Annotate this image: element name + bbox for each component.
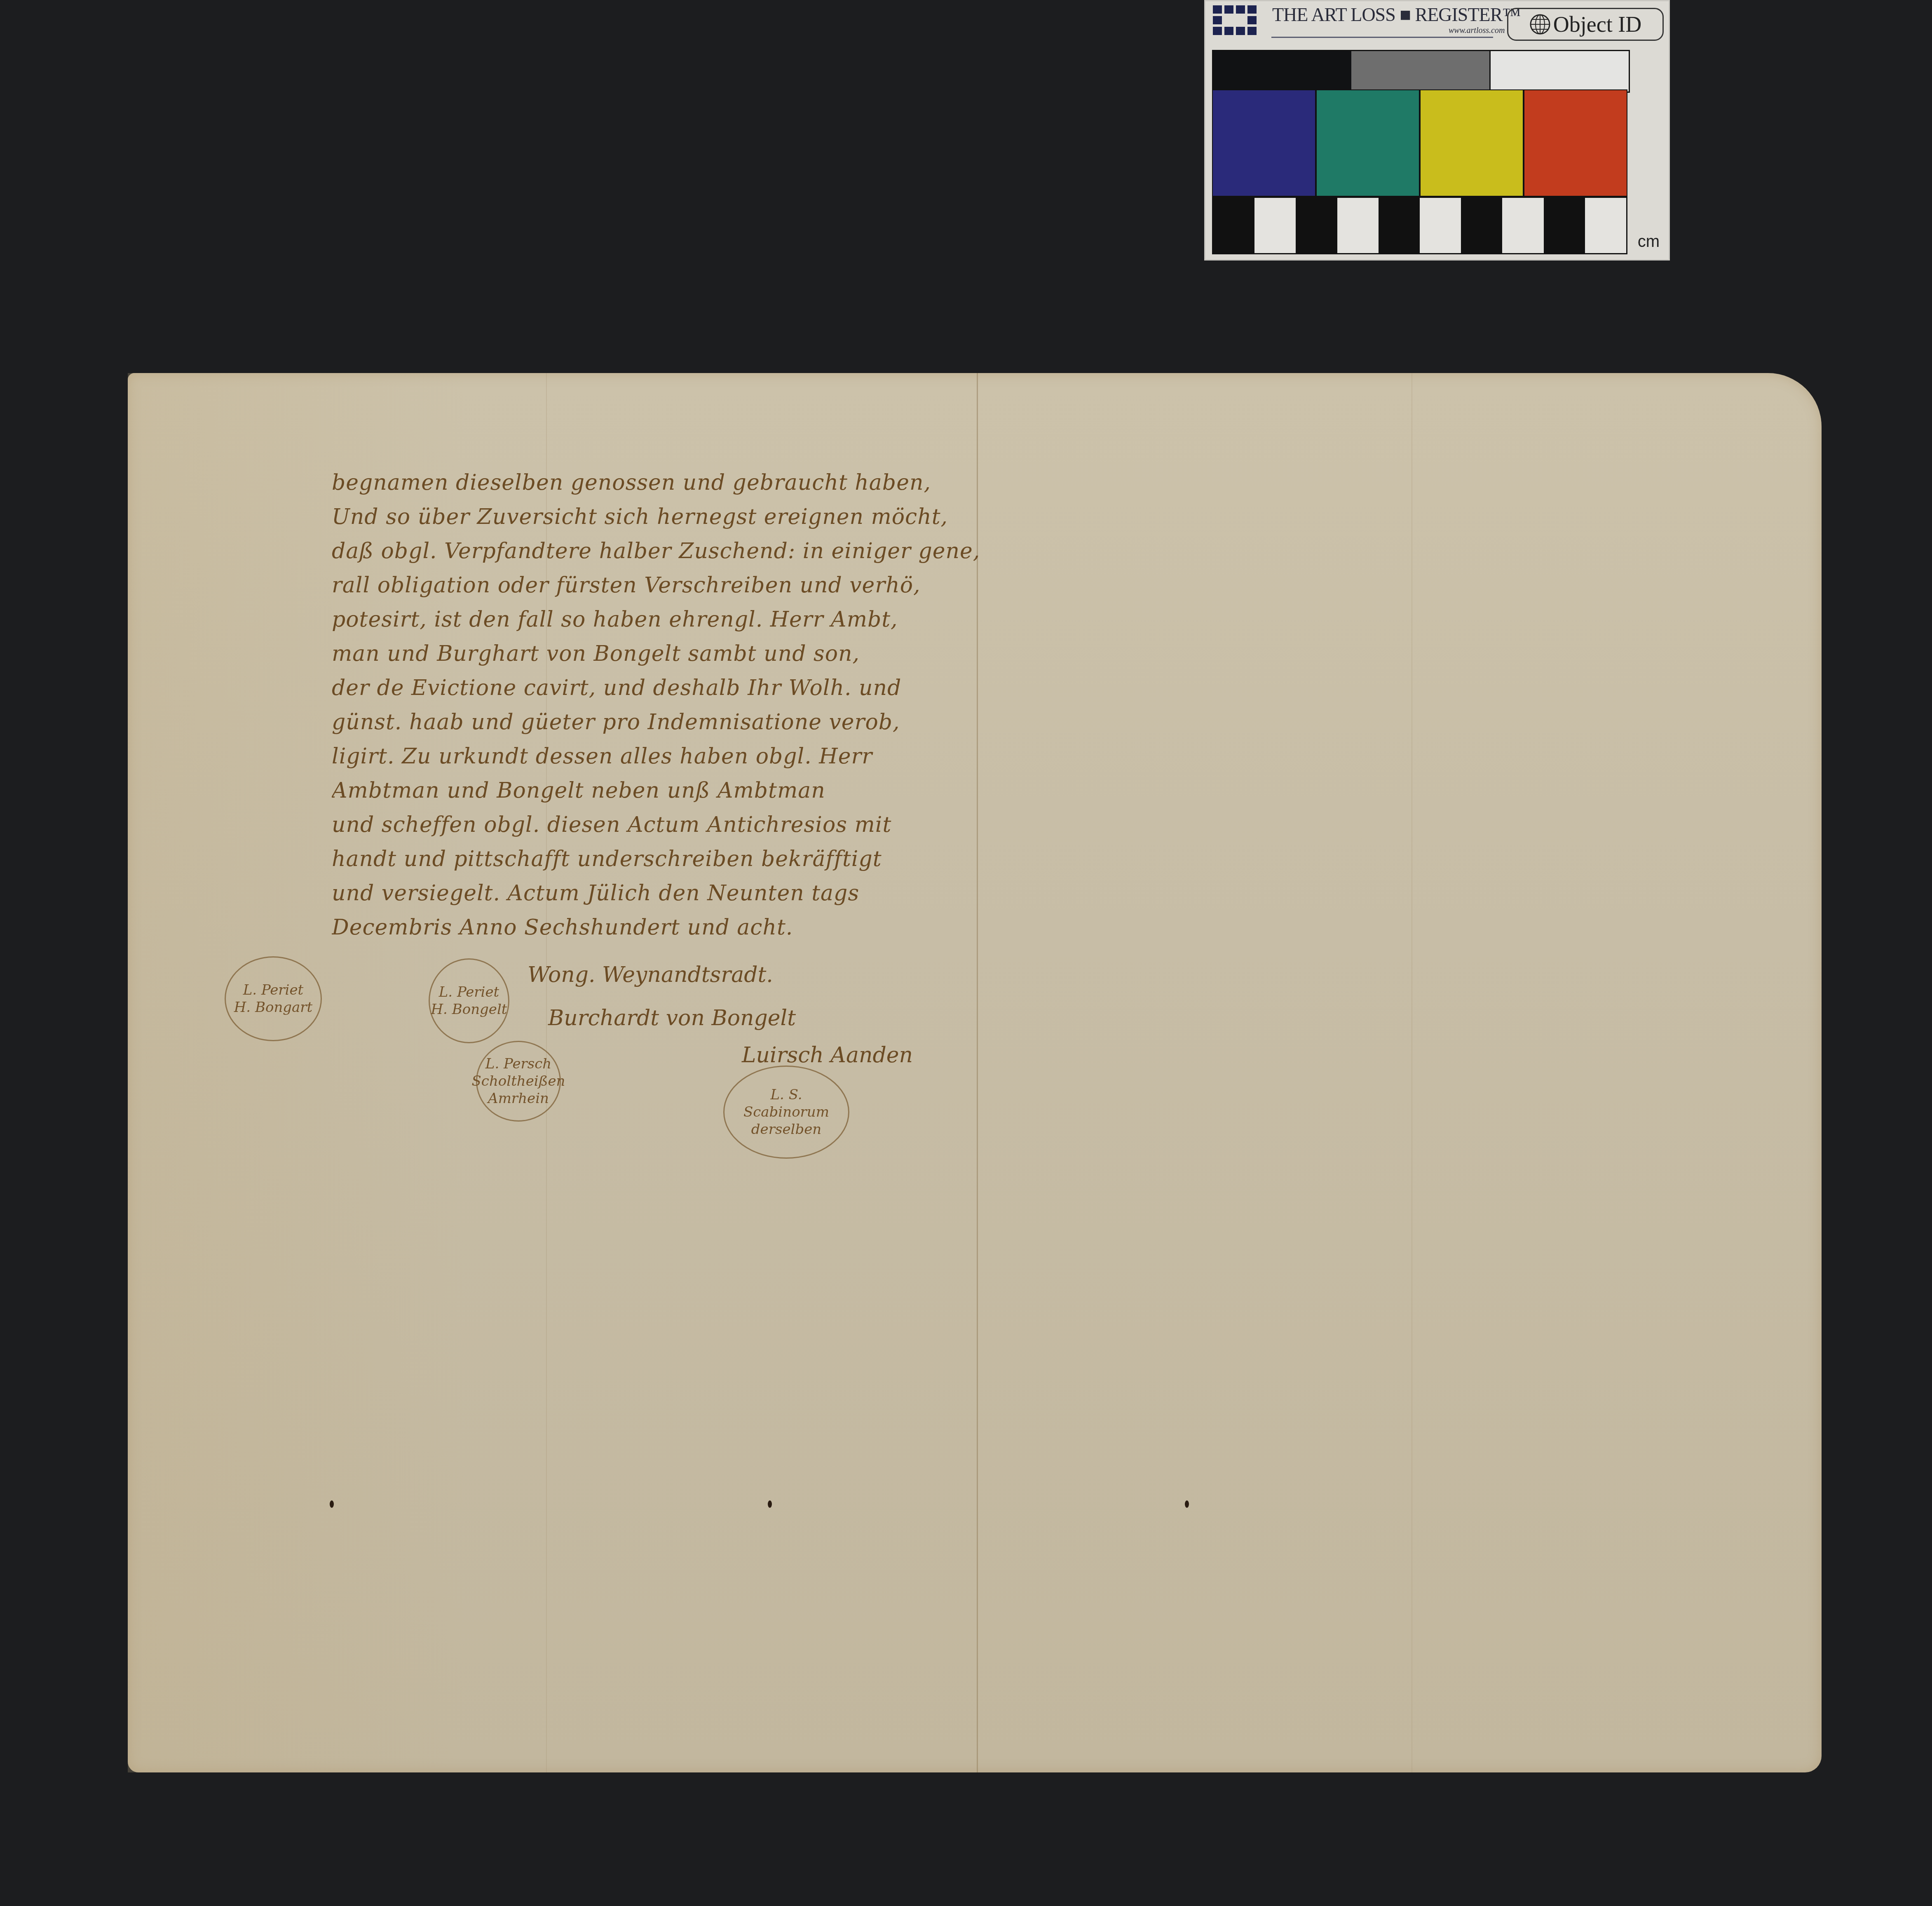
yellow-swatch: [1421, 90, 1523, 196]
seal-scabinorum: L. S. Scabinorum derselben: [723, 1066, 849, 1159]
seal-scholtheissen: L. Persch Scholtheißen Amrhein: [476, 1041, 561, 1122]
seal-periet-bongelt: L. Periet H. Bongelt: [429, 958, 509, 1043]
scale-segment: [1296, 198, 1337, 253]
text-line: handt und pittschafft underschreiben bek…: [332, 842, 983, 876]
signature-aanden: Luirsch Aanden: [742, 1043, 913, 1068]
card-url: www.artloss.com: [1449, 26, 1505, 35]
scale-segment: [1254, 198, 1296, 253]
grayscale-swatches: [1212, 50, 1630, 93]
text-line: daß obgl. Verpfandtere halber Zuschend: …: [332, 534, 983, 568]
color-reference-card: THE ART LOSS ■ REGISTER™ www.artloss.com…: [1204, 0, 1670, 261]
signature-bongelt: Burchardt von Bongelt: [548, 1006, 796, 1030]
binding-hole: [330, 1500, 334, 1508]
seal-text: Scholtheißen: [472, 1073, 565, 1090]
scale-segment: [1544, 198, 1585, 253]
text-line: man und Burghart von Bongelt sambt und s…: [332, 637, 983, 671]
seal-text: H. Bongart: [234, 999, 313, 1016]
seal-text: L. Periet: [439, 984, 499, 1001]
scale-segment: [1502, 198, 1543, 253]
seal-text: derselben: [751, 1121, 821, 1138]
fold-line: [1411, 373, 1412, 1772]
black-swatch: [1213, 51, 1351, 92]
text-line: und scheffen obgl. diesen Actum Antichre…: [332, 808, 983, 842]
seal-text: L. Persch: [485, 1055, 551, 1073]
red-swatch: [1524, 90, 1627, 196]
object-id-label: Object ID: [1553, 12, 1641, 37]
unit-label: cm: [1638, 232, 1660, 251]
white-swatch: [1489, 51, 1629, 92]
text-line: und versiegelt. Actum Jülich den Neunten…: [332, 876, 983, 911]
manuscript-body: begnamen dieselben genossen und gebrauch…: [332, 466, 983, 945]
binding-hole: [768, 1500, 772, 1508]
seal-periet-bongart: L. Periet H. Bongart: [225, 956, 322, 1041]
centimeter-scale: [1212, 197, 1627, 254]
seal-text: Scabinorum: [743, 1103, 829, 1121]
scale-segment: [1337, 198, 1379, 253]
seal-text: Amrhein: [488, 1090, 549, 1107]
text-line: Und so über Zuversicht sich hernegst ere…: [332, 500, 983, 534]
text-line: begnamen dieselben genossen und gebrauch…: [332, 466, 983, 500]
signature-weynandtsradt: Wong. Weynandtsradt.: [528, 962, 773, 987]
binding-hole: [1185, 1500, 1189, 1508]
scale-segment: [1461, 198, 1502, 253]
globe-icon: [1529, 14, 1551, 35]
seal-text: H. Bongelt: [431, 1001, 507, 1018]
blue-swatch: [1213, 90, 1315, 196]
text-line: günst. haab und güeter pro Indemnisation…: [332, 705, 983, 739]
text-line: Ambtman und Bongelt neben unß Ambtman: [332, 774, 983, 808]
art-loss-logo-icon: [1213, 5, 1262, 37]
scale-segment: [1379, 198, 1420, 253]
color-swatches: [1212, 89, 1627, 197]
scale-segment: [1420, 198, 1461, 253]
gray-swatch: [1351, 51, 1489, 92]
text-line: ligirt. Zu urkundt dessen alles haben ob…: [332, 739, 983, 774]
scale-segment: [1585, 198, 1626, 253]
card-divider: [1271, 37, 1493, 38]
seal-text: L. Periet: [243, 981, 304, 999]
scale-segment: [1213, 198, 1254, 253]
object-id-badge: Object ID: [1507, 8, 1664, 41]
green-swatch: [1317, 90, 1419, 196]
card-brand-title: THE ART LOSS ■ REGISTER™: [1272, 4, 1520, 26]
text-line: rall obligation oder fürsten Verschreibe…: [332, 568, 983, 603]
text-line: potesirt, ist den fall so haben ehrengl.…: [332, 603, 983, 637]
text-line: der de Evictione cavirt, und deshalb Ihr…: [332, 671, 983, 705]
seal-text: L. S.: [770, 1086, 802, 1103]
text-line: Decembris Anno Sechshundert und acht.: [332, 911, 983, 945]
